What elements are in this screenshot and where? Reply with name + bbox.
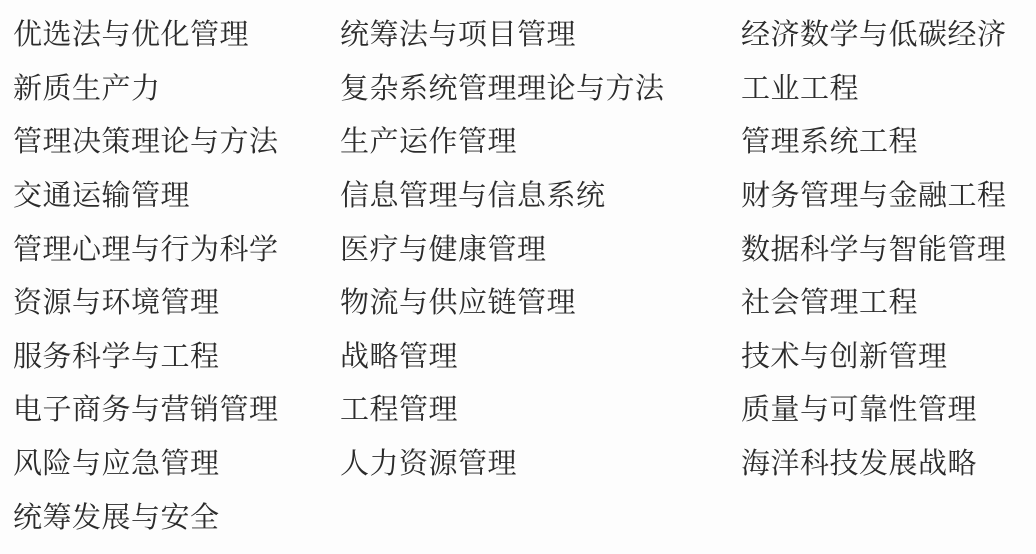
list-item: 管理决策理论与方法 <box>13 113 340 167</box>
list-item: 资源与环境管理 <box>13 274 340 328</box>
list-item: 管理心理与行为科学 <box>13 220 340 274</box>
list-item: 质量与可靠性管理 <box>741 381 1036 435</box>
topic-column-2: 统筹法与项目管理复杂系统管理理论与方法生产运作管理信息管理与信息系统医疗与健康管… <box>340 6 741 542</box>
list-item: 统筹发展与安全 <box>13 488 340 542</box>
list-item: 交通运输管理 <box>13 167 340 221</box>
list-item: 技术与创新管理 <box>741 328 1036 382</box>
list-item: 信息管理与信息系统 <box>340 167 741 221</box>
list-item: 工业工程 <box>741 60 1036 114</box>
list-item: 管理系统工程 <box>741 113 1036 167</box>
list-item: 服务科学与工程 <box>13 328 340 382</box>
list-item: 财务管理与金融工程 <box>741 167 1036 221</box>
list-item: 医疗与健康管理 <box>340 220 741 274</box>
topic-column-1: 优选法与优化管理新质生产力管理决策理论与方法交通运输管理管理心理与行为科学资源与… <box>13 6 340 542</box>
list-item: 生产运作管理 <box>340 113 741 167</box>
list-item: 人力资源管理 <box>340 435 741 489</box>
list-item: 新质生产力 <box>13 60 340 114</box>
list-item: 复杂系统管理理论与方法 <box>340 60 741 114</box>
topic-columns: 优选法与优化管理新质生产力管理决策理论与方法交通运输管理管理心理与行为科学资源与… <box>0 0 1036 542</box>
list-item: 海洋科技发展战略 <box>741 435 1036 489</box>
topic-list-page: 优选法与优化管理新质生产力管理决策理论与方法交通运输管理管理心理与行为科学资源与… <box>0 0 1036 554</box>
list-item: 电子商务与营销管理 <box>13 381 340 435</box>
list-item: 经济数学与低碳经济 <box>741 6 1036 60</box>
list-item: 工程管理 <box>340 381 741 435</box>
list-item: 数据科学与智能管理 <box>741 220 1036 274</box>
list-item: 物流与供应链管理 <box>340 274 741 328</box>
list-item: 风险与应急管理 <box>13 435 340 489</box>
topic-column-3: 经济数学与低碳经济工业工程管理系统工程财务管理与金融工程数据科学与智能管理社会管… <box>741 6 1036 542</box>
list-item: 优选法与优化管理 <box>13 6 340 60</box>
list-item: 战略管理 <box>340 328 741 382</box>
list-item: 社会管理工程 <box>741 274 1036 328</box>
list-item: 统筹法与项目管理 <box>340 6 741 60</box>
